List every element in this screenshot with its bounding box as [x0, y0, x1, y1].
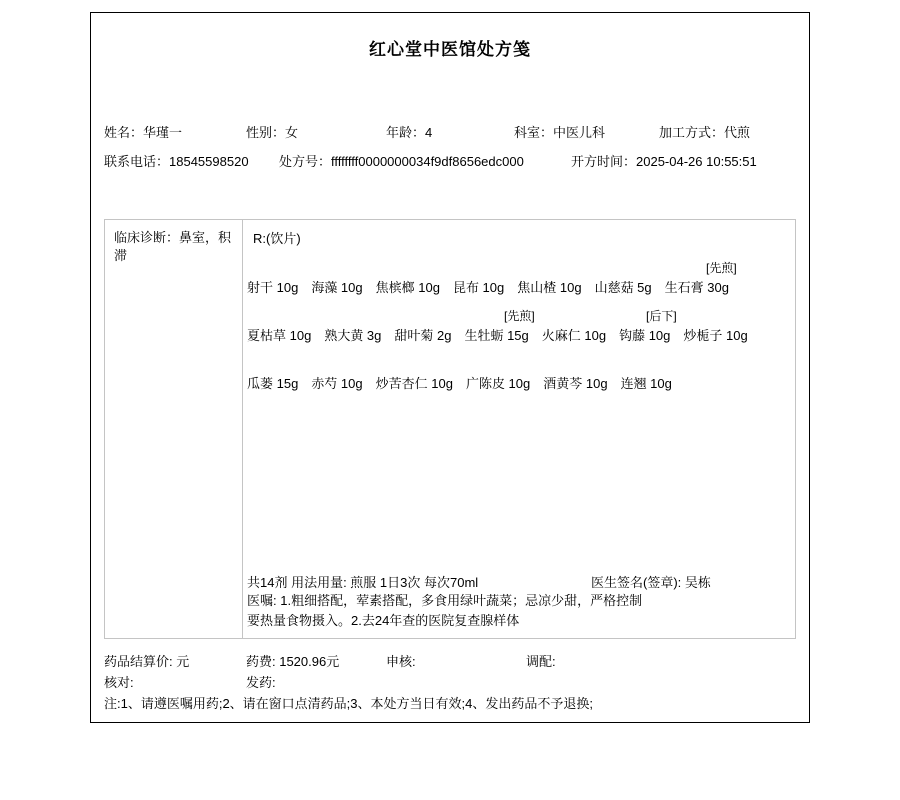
- medicine-item: 生牡蛎 15g: [464, 325, 528, 344]
- patient-gender-value: 女: [285, 125, 298, 140]
- patient-age-field: 年龄：4: [386, 122, 432, 141]
- patient-department-label: 科室：: [514, 125, 553, 140]
- medicine-fee-field: 药费: 1520.96元: [246, 651, 339, 670]
- prescription-number-label: 处方号：: [279, 154, 331, 169]
- patient-name-field: 姓名：华瑾一: [104, 122, 182, 141]
- processing-method-label: 加工方式：: [659, 125, 724, 140]
- prescription-number-field: 处方号：ffffffff0000000034f9df8656edc000: [279, 151, 524, 170]
- medicine-item: 焦山楂 10g: [517, 277, 581, 296]
- medicine-item: 火麻仁 10g: [542, 325, 606, 344]
- patient-name-value: 华瑾一: [143, 125, 182, 140]
- medicine-item: 钩藤 10g: [619, 325, 670, 344]
- medicine-item: 射干 10g: [247, 277, 298, 296]
- medicine-item: 炒栀子 10g: [683, 325, 747, 344]
- patient-phone-field: 联系电话：18545598520: [104, 151, 249, 170]
- patient-phone-label: 联系电话：: [104, 154, 169, 169]
- patient-phone-value: 18545598520: [169, 154, 249, 169]
- patient-name-label: 姓名：: [104, 125, 143, 140]
- medicine-item: 熟大黄 3g: [324, 325, 381, 344]
- medicine-item: 酒黄芩 10g: [543, 373, 607, 392]
- prescription-time-label: 开方时间：: [571, 154, 636, 169]
- prepare-field: 调配:: [526, 651, 556, 670]
- dispense-field: 发药:: [246, 672, 276, 691]
- medicine-item: 广陈皮 10g: [466, 373, 530, 392]
- page-title: 红心堂中医馆处方笺: [91, 35, 809, 60]
- medicine-line-1: 射干 10g海藻 10g焦槟榔 10g昆布 10g焦山楂 10g山慈菇 5g生石…: [247, 277, 729, 296]
- prescription-time-value: 2025-04-26 10:55:51: [636, 154, 757, 169]
- patient-age-label: 年龄：: [386, 125, 425, 140]
- medicine-item: 连翘 10g: [621, 373, 672, 392]
- rx-header: R:(饮片): [253, 228, 301, 247]
- prescription-time-field: 开方时间：2025-04-26 10:55:51: [571, 151, 757, 170]
- decoction-annotation-xianjian-1: [先煎]: [706, 259, 737, 276]
- medicine-item: 山慈菇 5g: [595, 277, 652, 296]
- check-field: 核对:: [104, 672, 134, 691]
- medical-advice: 医嘱: 1.粗细搭配，荤素搭配，多食用绿叶蔬菜；忌凉少甜，严格控制要热量食物摄入…: [247, 591, 647, 631]
- medicine-item: 甜叶菊 2g: [394, 325, 451, 344]
- decoction-annotation-houxia: [后下]: [646, 307, 677, 324]
- prescription-box: 临床诊断：鼻室，积滞 R:(饮片) [先煎] 射干 10g海藻 10g焦槟榔 1…: [104, 219, 796, 639]
- patient-gender-field: 性别：女: [246, 122, 298, 141]
- patient-gender-label: 性别：: [246, 125, 285, 140]
- medicine-item: 生石膏 30g: [665, 277, 729, 296]
- medicine-item: 昆布 10g: [453, 277, 504, 296]
- prescription-number-value: ffffffff0000000034f9df8656edc000: [331, 154, 524, 169]
- prescription-sheet: 红心堂中医馆处方笺 姓名：华瑾一 性别：女 年龄：4 科室：中医儿科 加工方式：…: [90, 12, 810, 723]
- settlement-price-field: 药品结算价: 元: [104, 651, 189, 670]
- medicine-item: 瓜蒌 15g: [247, 373, 298, 392]
- patient-department-value: 中医儿科: [553, 125, 605, 140]
- clinical-diagnosis: 临床诊断：鼻室，积滞: [105, 220, 243, 638]
- medicine-line-3: 瓜蒌 15g赤芍 10g炒苦杏仁 10g广陈皮 10g酒黄芩 10g连翘 10g: [247, 373, 672, 392]
- medicine-item: 焦槟榔 10g: [376, 277, 440, 296]
- medicine-item: 海藻 10g: [311, 277, 362, 296]
- medicine-item: 炒苦杏仁 10g: [376, 373, 453, 392]
- medicine-line-2: 夏枯草 10g熟大黄 3g甜叶菊 2g生牡蛎 15g火麻仁 10g钩藤 10g炒…: [247, 325, 748, 344]
- processing-method-value: 代煎: [724, 125, 750, 140]
- review-field: 申核:: [386, 651, 416, 670]
- medicine-item: 赤芍 10g: [311, 373, 362, 392]
- medicine-item: 夏枯草 10g: [247, 325, 311, 344]
- patient-age-value: 4: [425, 125, 432, 140]
- dosage-usage: 共14剂 用法用量: 煎服 1日3次 每次70ml: [247, 572, 478, 591]
- footer-note: 注:1、请遵医嘱用药;2、请在窗口点清药品;3、本处方当日有效;4、发出药品不予…: [104, 693, 593, 712]
- rx-content: R:(饮片) [先煎] 射干 10g海藻 10g焦槟榔 10g昆布 10g焦山楂…: [243, 220, 795, 638]
- processing-method-field: 加工方式：代煎: [659, 122, 750, 141]
- patient-department-field: 科室：中医儿科: [514, 122, 605, 141]
- decoction-annotation-xianjian-2: [先煎]: [504, 307, 535, 324]
- doctor-signature: 医生签名(签章): 吴栋: [591, 572, 711, 591]
